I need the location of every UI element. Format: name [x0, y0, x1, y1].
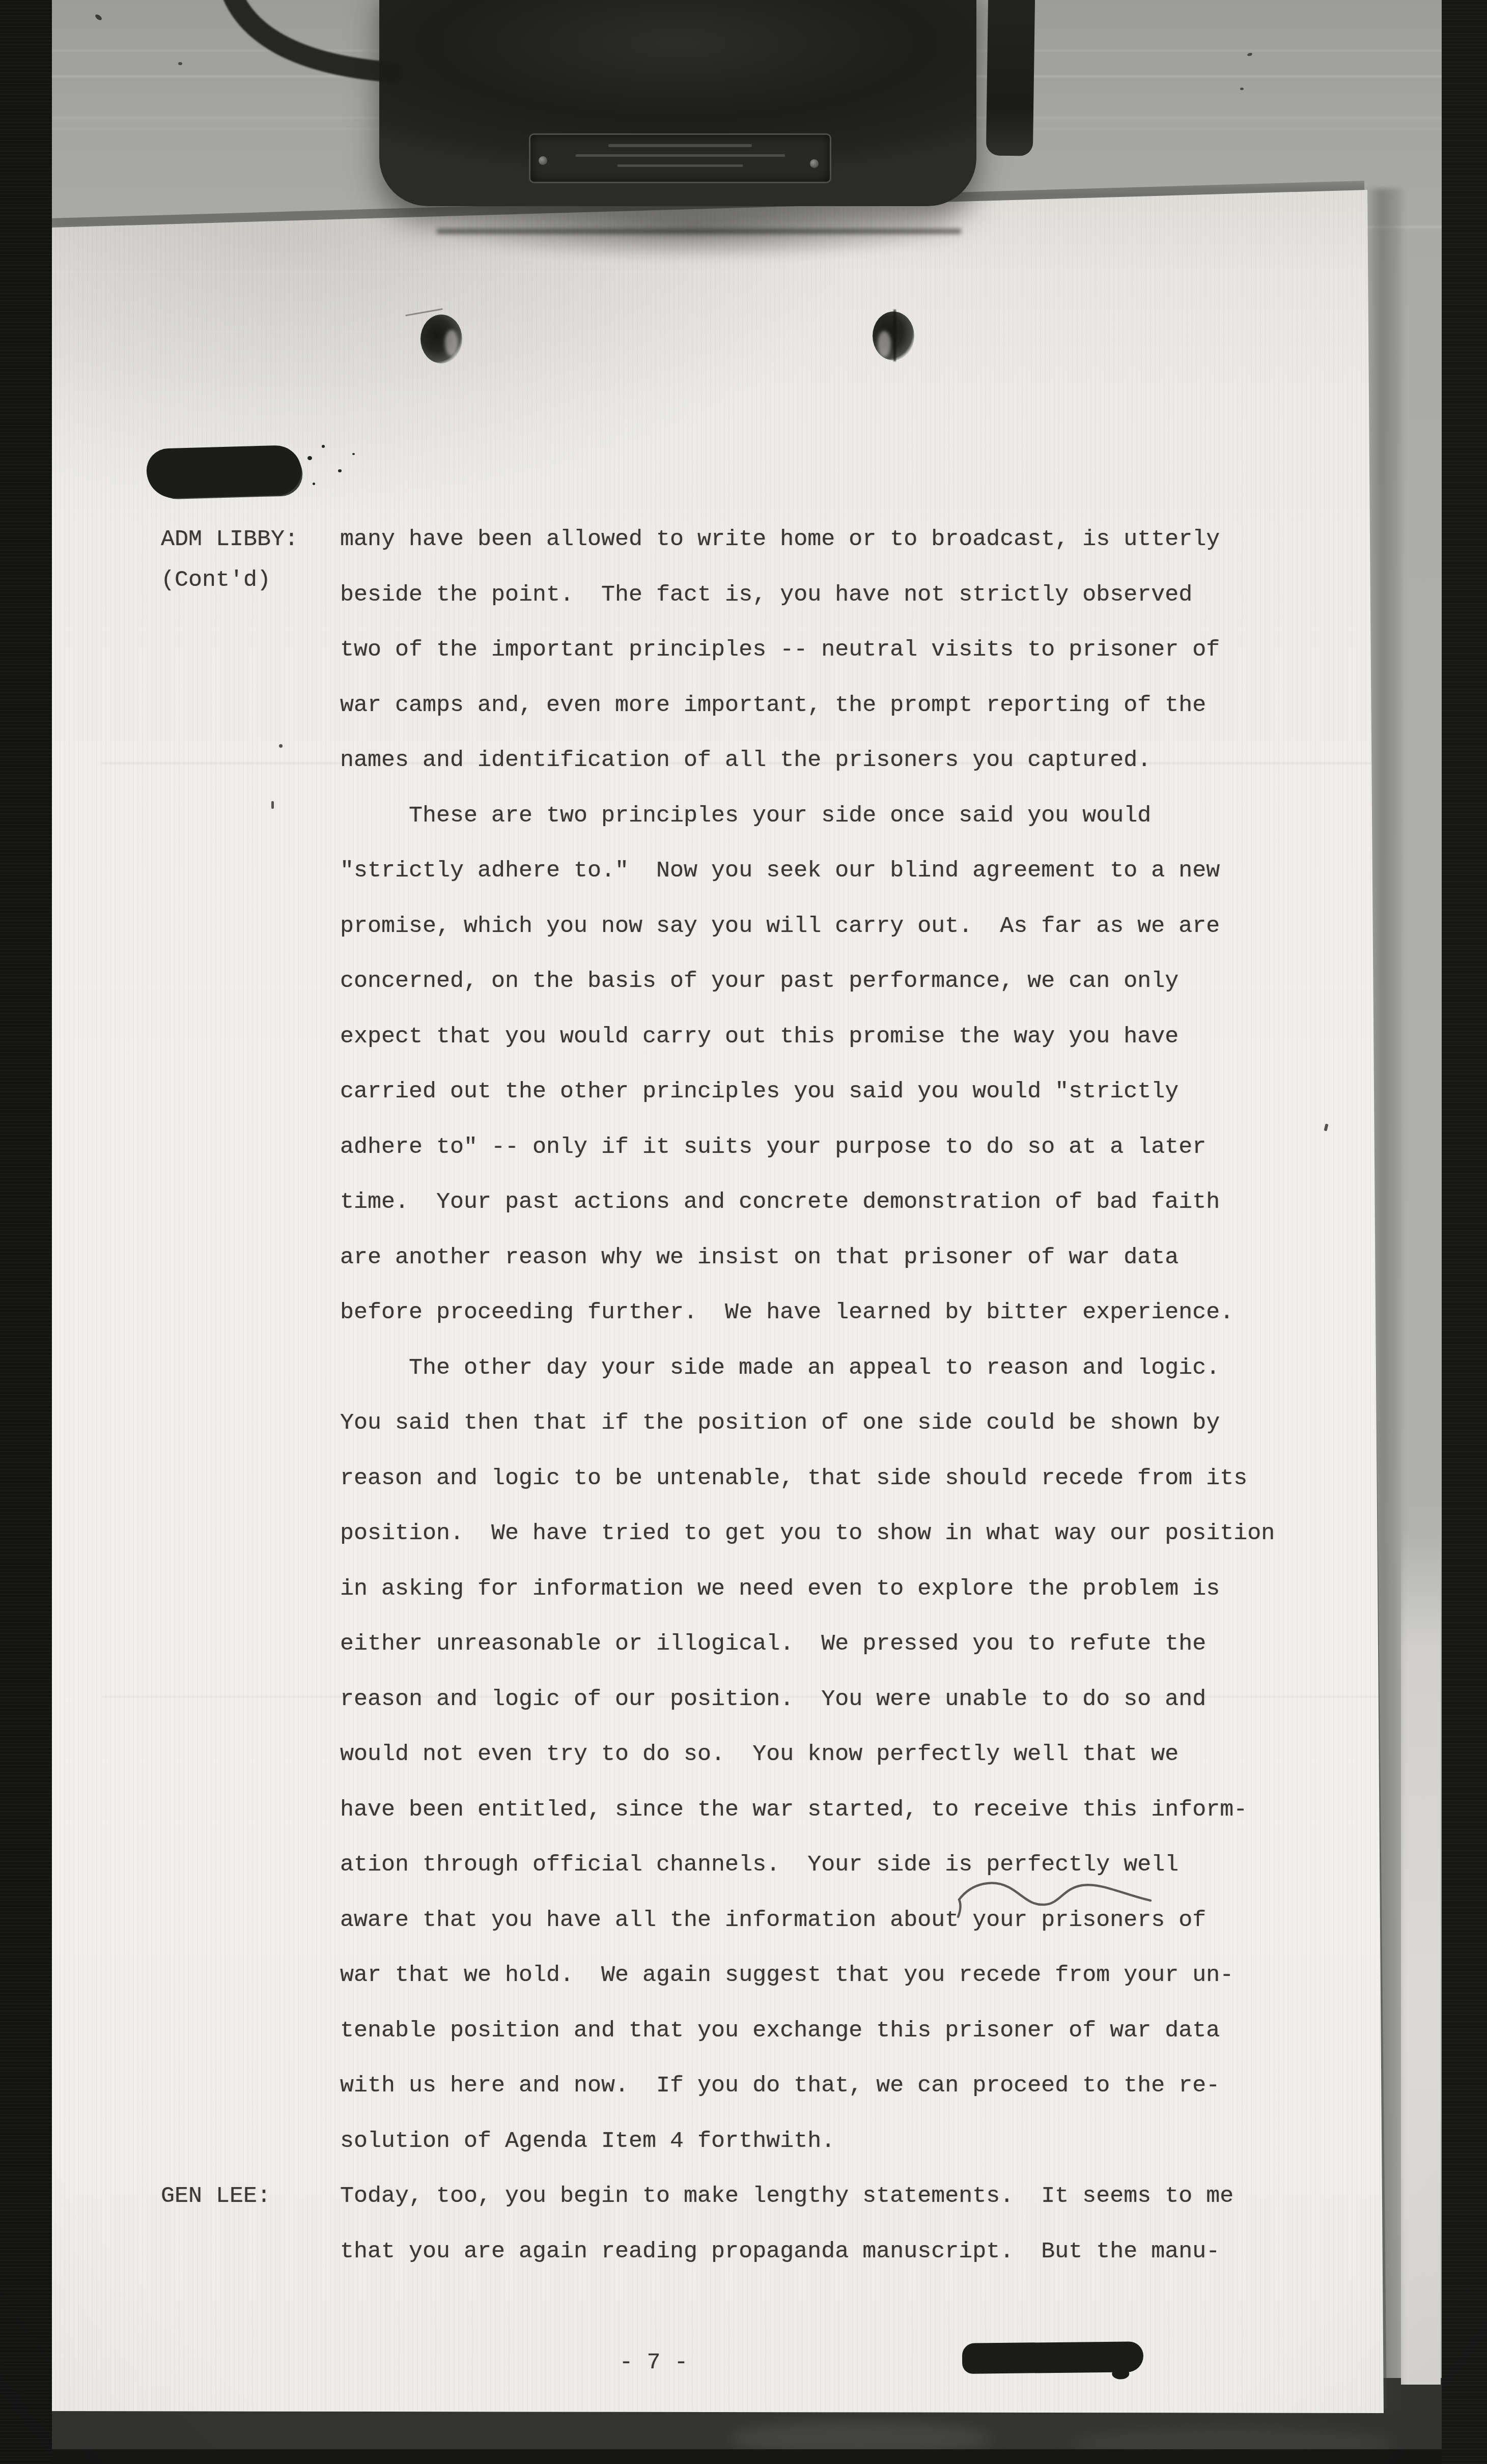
transcript-line: carried out the other principles you sai…: [340, 1078, 1179, 1106]
film-edge-right: [1442, 0, 1487, 2464]
transcript-line: many have been allowed to write home or …: [340, 525, 1220, 554]
transcript-line: concerned, on the basis of your past per…: [340, 967, 1179, 996]
transcript-line: reason and logic to be untenable, that s…: [340, 1464, 1247, 1493]
transcript-line: The other day your side made an appeal t…: [409, 1354, 1220, 1382]
transcript-line: "strictly adhere to." Now you seek our b…: [340, 857, 1220, 885]
plate-text-line: [608, 144, 752, 147]
transcript-line: either unreasonable or illogical. We pre…: [340, 1630, 1206, 1658]
dust-speck: [1240, 88, 1244, 90]
typewriter-machine: [379, 0, 976, 206]
speaker-sublabel: (Cont'd): [161, 566, 271, 594]
transcript-line: You said then that if the position of on…: [340, 1409, 1220, 1437]
plate-screw-right: [810, 159, 819, 168]
transcript-line: time. Your past actions and concrete dem…: [340, 1188, 1220, 1216]
transcript-line: reason and logic of our position. You we…: [340, 1685, 1206, 1714]
transcript-line: names and identification of all the pris…: [340, 746, 1151, 775]
transcript-line: tenable position and that you exchange t…: [340, 2017, 1220, 2045]
microfilm-photo: ADM LIBBY:(Cont'd)many have been allowed…: [0, 0, 1487, 2464]
film-edge-left: [0, 0, 52, 2464]
transcript-line: Today, too, you begin to make lengthy st…: [340, 2182, 1233, 2211]
page-number: - 7 -: [619, 2349, 688, 2375]
machine-shadow: [437, 229, 961, 234]
transcript-line: in asking for information we need even t…: [340, 1575, 1220, 1603]
plate-screw-left: [539, 156, 547, 165]
transcript-line: These are two principles your side once …: [409, 802, 1151, 830]
speaker-label: ADM LIBBY:: [161, 525, 298, 554]
machine-side-arm: [986, 0, 1035, 156]
transcript-line: position. We have tried to get you to sh…: [340, 1519, 1275, 1548]
transcript-line: that you are again reading propaganda ma…: [340, 2238, 1220, 2266]
ink-mark: [271, 801, 274, 809]
handwritten-annotation-arc: [951, 1878, 1160, 1932]
machine-name-plate: [529, 133, 831, 183]
transcript-line: with us here and now. If you do that, we…: [340, 2072, 1220, 2100]
speaker-label: GEN LEE:: [161, 2182, 271, 2211]
transcript-line: solution of Agenda Item 4 forthwith.: [340, 2127, 835, 2156]
transcript-line: before proceeding further. We have learn…: [340, 1298, 1233, 1327]
transcript-line: expect that you would carry out this pro…: [340, 1023, 1179, 1051]
transcript-line: ation through official channels. Your si…: [340, 1851, 1179, 1879]
plate-text-line: [575, 154, 785, 157]
transcript-line: are another reason why we insist on that…: [340, 1243, 1179, 1272]
transcript-line: two of the important principles -- neutr…: [340, 636, 1220, 664]
transcript-line: have been entitled, since the war starte…: [340, 1796, 1247, 1824]
transcript-line: war camps and, even more important, the …: [340, 691, 1206, 720]
transcript-line: promise, which you now say you will carr…: [340, 912, 1220, 941]
transcript-line: beside the point. The fact is, you have …: [340, 581, 1192, 609]
plate-text-line: [618, 164, 743, 167]
dust-speck: [178, 62, 182, 65]
transcript-line: would not even try to do so. You know pe…: [340, 1740, 1179, 1769]
transcript-line: war that we hold. We again suggest that …: [340, 1961, 1233, 1990]
transcript-text-layer: ADM LIBBY:(Cont'd)many have been allowed…: [0, 0, 1487, 2464]
ink-dot: [279, 744, 283, 748]
transcript-line: adhere to" -- only if it suits your purp…: [340, 1133, 1206, 1162]
machine-cable: [214, 0, 407, 94]
